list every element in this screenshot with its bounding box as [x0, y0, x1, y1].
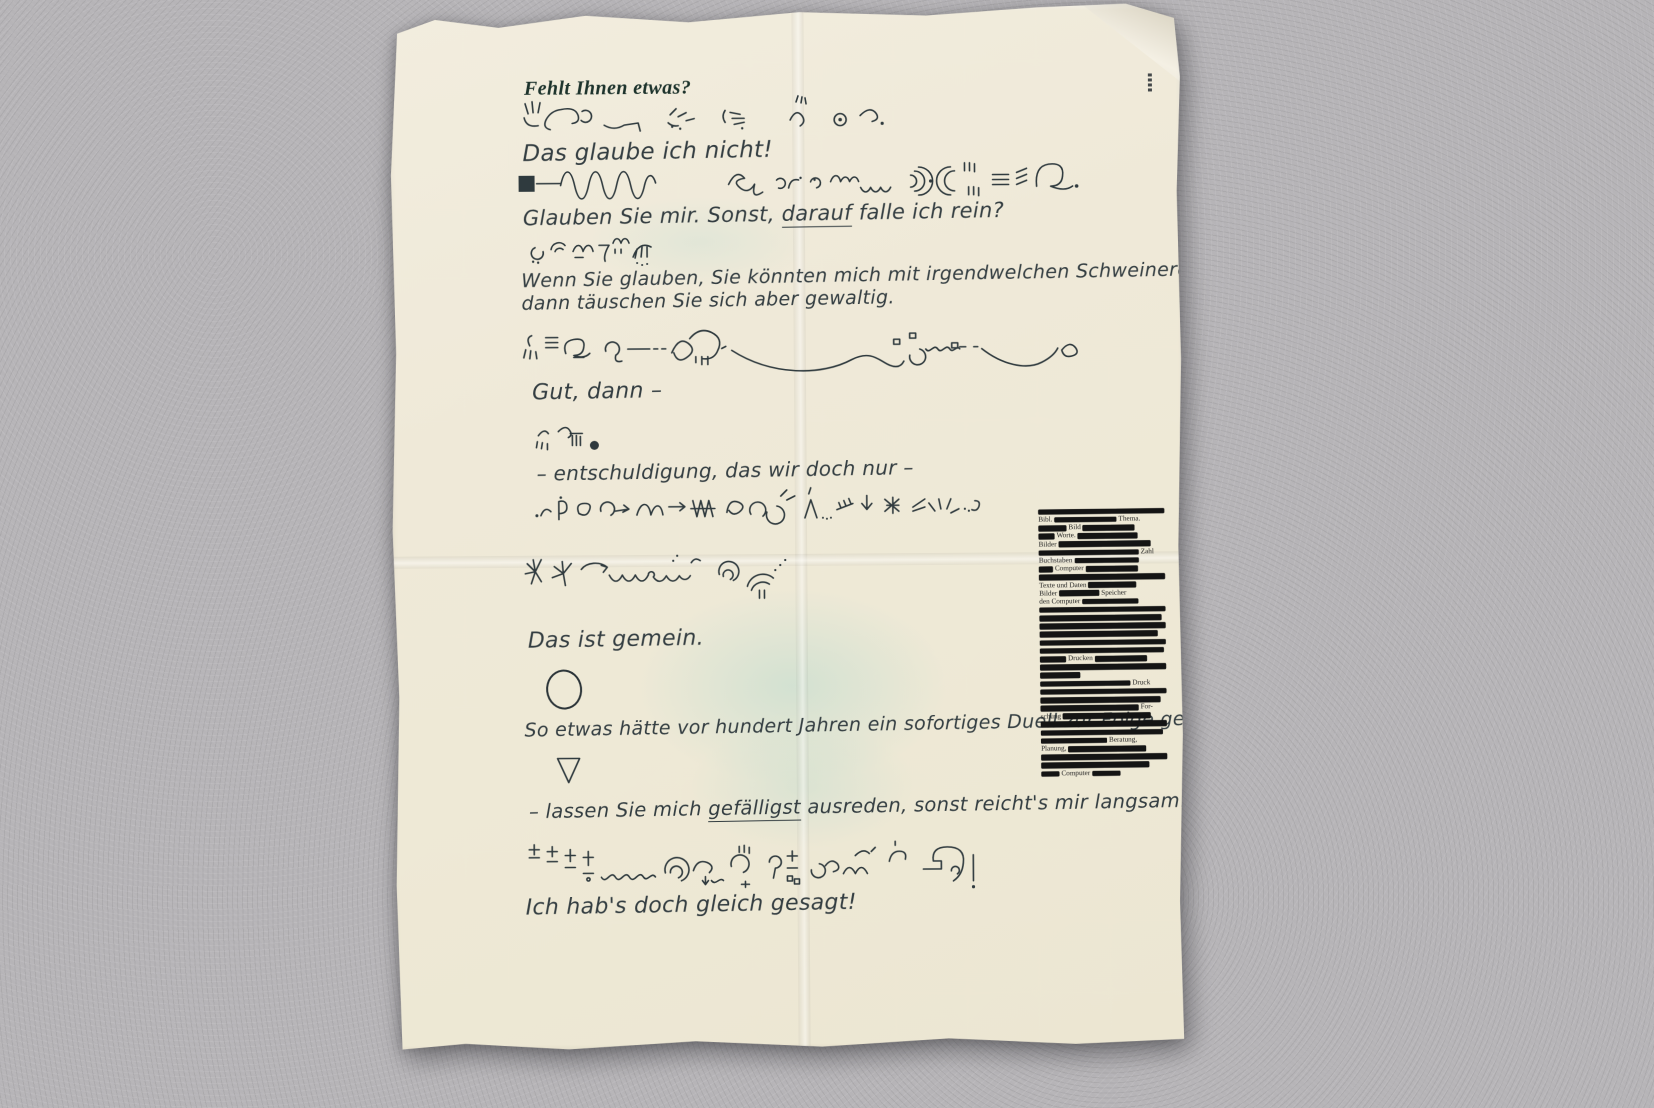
redaction-bar — [1082, 598, 1138, 604]
redacted-line — [1039, 605, 1177, 613]
scribble-row-7-icon — [523, 544, 795, 614]
redaction-bar — [1059, 541, 1151, 548]
redacted-line — [1040, 662, 1178, 670]
redacted-line: Bild — [1038, 523, 1176, 531]
redaction-bar — [1039, 606, 1165, 613]
redacted-line — [1040, 622, 1178, 630]
redacted-line — [1040, 695, 1178, 703]
redacted-line: Beratung, — [1041, 736, 1179, 744]
redacted-line — [1040, 630, 1178, 638]
redaction-bar — [1041, 738, 1107, 744]
redaction-bar — [1086, 565, 1138, 571]
handwritten-line-4: Gut, dann – — [532, 378, 663, 405]
redacted-line — [1039, 572, 1177, 580]
redaction-bar — [1040, 680, 1130, 687]
redacted-visible-word: Bilder — [1039, 590, 1057, 597]
redacted-visible-word: Thema. — [1118, 515, 1140, 522]
paper-sheet: Fehlt Ihnen etwas? — [387, 3, 1186, 1053]
underlined-word: darauf — [781, 201, 852, 228]
redacted-visible-word: Planung, — [1041, 746, 1066, 753]
redacted-visible-word: Drucken — [1068, 655, 1093, 662]
redaction-bar — [1040, 622, 1166, 629]
redacted-visible-word: Bilder — [1039, 541, 1057, 548]
redacted-line — [1040, 646, 1178, 654]
redaction-bar — [1078, 533, 1138, 539]
redacted-line: Zahl — [1039, 548, 1177, 556]
redaction-bar — [1040, 656, 1066, 662]
redacted-line: BilderSpeicher — [1039, 589, 1177, 597]
redacted-line — [1040, 671, 1178, 679]
redacted-line: schung — [1041, 712, 1179, 720]
redacted-visible-word: Speicher — [1101, 589, 1126, 596]
redaction-bar — [1074, 557, 1138, 563]
redacted-visible-word: den Computer — [1039, 598, 1080, 605]
underlined-word: gefälligst — [708, 796, 801, 823]
redaction-bar — [1038, 534, 1054, 540]
redacted-line: Bilder — [1039, 540, 1177, 548]
redaction-bar — [1059, 590, 1099, 596]
redaction-bar — [1040, 647, 1164, 654]
redacted-line: Drucken — [1040, 654, 1178, 662]
redaction-bar — [1041, 729, 1163, 736]
handwritten-line-6: Das ist gemein. — [528, 626, 705, 654]
redaction-bar — [1039, 566, 1053, 572]
redacted-line — [1041, 720, 1179, 728]
redacted-line: Computer — [1039, 564, 1177, 572]
redaction-bar — [1041, 753, 1167, 760]
redaction-bar — [1041, 771, 1059, 777]
redaction-bar — [1038, 525, 1066, 531]
redacted-visible-word: Beratung, — [1109, 737, 1137, 744]
redacted-line — [1039, 613, 1177, 621]
redaction-bar — [1040, 663, 1166, 670]
redacted-column: Bibl.Thema.BildWorte.BilderZahlBuchstabe… — [1038, 507, 1179, 777]
redaction-bar — [1041, 721, 1167, 728]
scanned-letter-page: Fehlt Ihnen etwas? — [387, 3, 1186, 1053]
redacted-line — [1038, 507, 1176, 515]
redaction-bar — [1088, 582, 1136, 588]
redacted-visible-word: Computer — [1061, 770, 1090, 777]
triangle-down-symbol — [555, 755, 583, 790]
redacted-visible-word: For- — [1141, 704, 1153, 711]
redacted-line: Bibl.Thema. — [1038, 515, 1176, 523]
redacted-line: den Computer — [1039, 597, 1177, 605]
redacted-line: For- — [1041, 703, 1179, 711]
redacted-visible-word: Worte. — [1056, 533, 1075, 540]
redacted-line — [1040, 687, 1178, 695]
redaction-bar — [1038, 508, 1164, 515]
redaction-bar — [1040, 688, 1166, 695]
scan-background: Fehlt Ihnen etwas? — [0, 0, 1654, 1108]
redaction-bar — [1063, 713, 1151, 720]
redacted-line: Planung, — [1041, 744, 1179, 752]
redacted-visible-word: Druck — [1132, 679, 1150, 686]
redaction-bar — [1040, 672, 1080, 678]
redaction-bar — [1092, 770, 1120, 776]
scribble-row-6-icon — [531, 482, 1015, 543]
redaction-bar — [1040, 631, 1158, 638]
margin-edge-mark — [1148, 73, 1152, 91]
redaction-bar — [1083, 524, 1135, 530]
redaction-bar — [1095, 655, 1147, 661]
redaction-bar — [1041, 704, 1139, 711]
redacted-visible-word: schung — [1041, 713, 1061, 720]
redacted-visible-word: Zahl — [1141, 548, 1154, 555]
redaction-bar — [1040, 639, 1166, 646]
redaction-bar — [1054, 516, 1116, 522]
redacted-visible-word: Texte und Daten — [1039, 582, 1086, 590]
redaction-bar — [1068, 745, 1146, 752]
redaction-bar — [1041, 762, 1149, 769]
redacted-visible-word: Bibl. — [1038, 517, 1052, 524]
redaction-bar — [1039, 573, 1165, 580]
redacted-line — [1041, 753, 1179, 761]
redaction-bar — [1039, 614, 1161, 621]
redacted-line: Druck — [1040, 679, 1178, 687]
scribble-row-4-icon — [522, 320, 1090, 386]
redacted-visible-word: Computer — [1055, 565, 1084, 572]
redacted-line — [1041, 761, 1179, 769]
redacted-visible-word: Bild — [1068, 524, 1080, 531]
redacted-line: Worte. — [1038, 531, 1176, 539]
redacted-line — [1040, 638, 1178, 646]
redaction-bar — [1039, 549, 1139, 556]
redacted-line: Buchstaben — [1039, 556, 1177, 564]
scribble-row-5-icon — [534, 421, 602, 459]
